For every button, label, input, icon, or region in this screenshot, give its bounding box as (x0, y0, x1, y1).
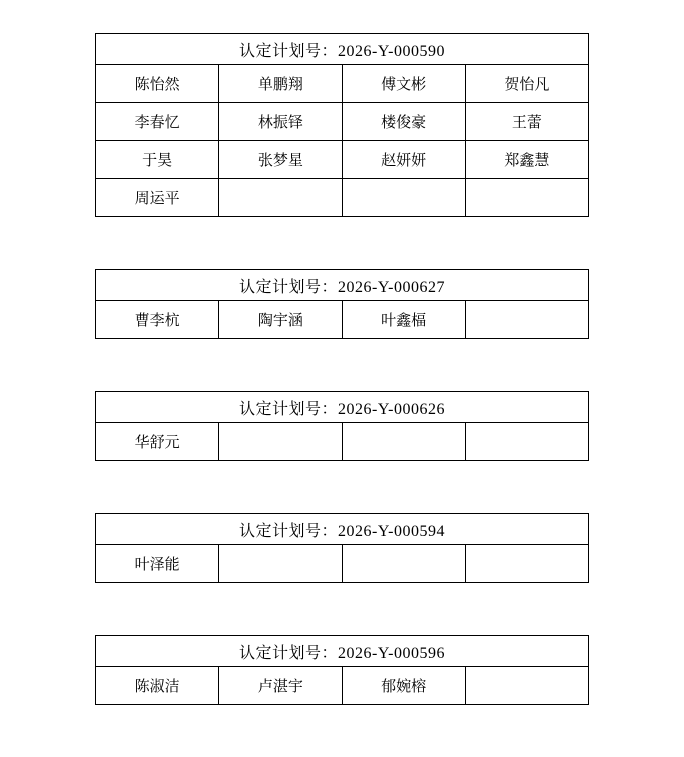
name-cell: 贺怡凡 (465, 65, 588, 103)
plan-header-row: 认定计划号：2026-Y-000626 (96, 392, 589, 423)
table-row: 于昊 张梦星 赵妍妍 郑鑫慧 (96, 141, 589, 179)
name-cell (342, 545, 465, 583)
name-cell: 李春忆 (96, 103, 219, 141)
plan-table-000627: 认定计划号：2026-Y-000627 曹李杭 陶宇涵 叶鑫楅 (95, 269, 589, 339)
name-cell: 陶宇涵 (219, 301, 342, 339)
plan-table-000626: 认定计划号：2026-Y-000626 华舒元 (95, 391, 589, 461)
name-cell: 陈淑洁 (96, 667, 219, 705)
name-cell: 单鹏翔 (219, 65, 342, 103)
plan-header-row: 认定计划号：2026-Y-000590 (96, 34, 589, 65)
name-cell: 陈怡然 (96, 65, 219, 103)
name-cell: 楼俊豪 (342, 103, 465, 141)
plan-number-header: 认定计划号：2026-Y-000627 (96, 270, 589, 301)
plan-header-row: 认定计划号：2026-Y-000596 (96, 636, 589, 667)
name-cell (465, 301, 588, 339)
name-cell (219, 545, 342, 583)
name-cell (219, 423, 342, 461)
name-cell (342, 423, 465, 461)
name-cell (465, 179, 588, 217)
plan-number-header: 认定计划号：2026-Y-000626 (96, 392, 589, 423)
name-cell: 林振铎 (219, 103, 342, 141)
name-cell (465, 667, 588, 705)
table-row: 周运平 (96, 179, 589, 217)
plan-number-header: 认定计划号：2026-Y-000590 (96, 34, 589, 65)
plan-number-header: 认定计划号：2026-Y-000596 (96, 636, 589, 667)
name-cell: 赵妍妍 (342, 141, 465, 179)
name-cell (219, 179, 342, 217)
name-cell: 王蕾 (465, 103, 588, 141)
plan-table-000590: 认定计划号：2026-Y-000590 陈怡然 单鹏翔 傅文彬 贺怡凡 李春忆 … (95, 33, 589, 217)
name-cell: 叶鑫楅 (342, 301, 465, 339)
plan-table-000596: 认定计划号：2026-Y-000596 陈淑洁 卢湛宇 郁婉榕 (95, 635, 589, 705)
name-cell: 傅文彬 (342, 65, 465, 103)
plan-header-row: 认定计划号：2026-Y-000594 (96, 514, 589, 545)
table-row: 曹李杭 陶宇涵 叶鑫楅 (96, 301, 589, 339)
table-row: 陈淑洁 卢湛宇 郁婉榕 (96, 667, 589, 705)
table-row: 李春忆 林振铎 楼俊豪 王蕾 (96, 103, 589, 141)
plan-table-000594: 认定计划号：2026-Y-000594 叶泽能 (95, 513, 589, 583)
name-cell: 曹李杭 (96, 301, 219, 339)
name-cell: 于昊 (96, 141, 219, 179)
name-cell: 华舒元 (96, 423, 219, 461)
document-page: 认定计划号：2026-Y-000590 陈怡然 单鹏翔 傅文彬 贺怡凡 李春忆 … (95, 33, 589, 757)
name-cell: 郁婉榕 (342, 667, 465, 705)
name-cell: 卢湛宇 (219, 667, 342, 705)
table-row: 叶泽能 (96, 545, 589, 583)
table-row: 陈怡然 单鹏翔 傅文彬 贺怡凡 (96, 65, 589, 103)
name-cell: 周运平 (96, 179, 219, 217)
name-cell: 张梦星 (219, 141, 342, 179)
plan-header-row: 认定计划号：2026-Y-000627 (96, 270, 589, 301)
table-row: 华舒元 (96, 423, 589, 461)
name-cell (465, 545, 588, 583)
plan-number-header: 认定计划号：2026-Y-000594 (96, 514, 589, 545)
name-cell (342, 179, 465, 217)
name-cell: 郑鑫慧 (465, 141, 588, 179)
name-cell: 叶泽能 (96, 545, 219, 583)
name-cell (465, 423, 588, 461)
